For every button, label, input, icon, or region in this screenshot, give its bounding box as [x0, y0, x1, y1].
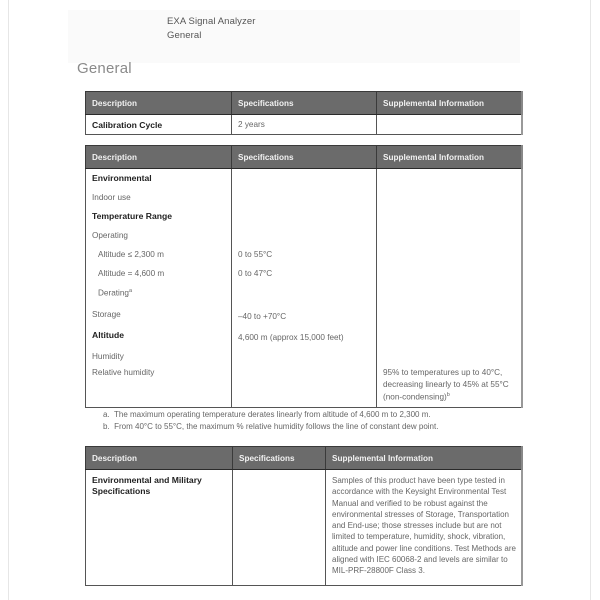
- row-description: Calibration Cycle: [86, 115, 232, 135]
- table-header-row: Description Specifications Supplemental …: [86, 92, 522, 115]
- row-altitude-2300: Altitude ≤ 2,300 m: [98, 250, 164, 259]
- spec-storage: –40 to +70°C: [238, 312, 286, 321]
- row-environmental: Environmental: [92, 173, 152, 183]
- column-header-description: Description: [86, 447, 233, 470]
- row-altitude-4600: Altitude = 4,600 m: [98, 269, 164, 278]
- column-header-specifications: Specifications: [232, 146, 377, 169]
- supp-relative-humidity-line1: 95% to temperatures up to 40°C,: [383, 368, 502, 377]
- table-body-row: Environmental Indoor use Temperature Ran…: [86, 169, 522, 408]
- column-header-supplemental: Supplemental Information: [326, 447, 522, 470]
- supplemental-column: 95% to temperatures up to 40°C, decreasi…: [377, 169, 522, 408]
- footnote-b: b. From 40°C to 55°C, the maximum % rela…: [103, 421, 438, 433]
- column-header-specifications: Specifications: [232, 92, 377, 115]
- row-specifications: [233, 470, 326, 586]
- spec-altitude-2300: 0 to 55°C: [238, 250, 272, 259]
- row-supplemental: Samples of this product have been type t…: [326, 470, 522, 586]
- row-altitude: Altitude: [92, 330, 124, 340]
- row-storage: Storage: [92, 310, 121, 319]
- row-description: Environmental and Military Specification…: [86, 470, 233, 586]
- column-header-supplemental: Supplemental Information: [377, 92, 522, 115]
- footnotes: a. The maximum operating temperature der…: [103, 409, 438, 433]
- header-product-name: EXA Signal Analyzer: [167, 16, 256, 27]
- specifications-column: 0 to 55°C 0 to 47°C –40 to +70°C 4,600 m…: [232, 169, 377, 408]
- row-temperature-range: Temperature Range: [92, 211, 172, 221]
- running-header: EXA Signal Analyzer General: [68, 10, 520, 63]
- row-derating: Deratinga: [98, 288, 132, 298]
- table-row: Calibration Cycle 2 years: [86, 115, 522, 135]
- column-header-specifications: Specifications: [233, 447, 326, 470]
- footnote-mark-b: b: [447, 392, 450, 398]
- row-supplemental: [377, 115, 522, 135]
- section-title: General: [77, 60, 132, 77]
- supp-relative-humidity-line2: decreasing linearly to 45% at 55°C: [383, 380, 509, 389]
- row-relative-humidity: Relative humidity: [92, 368, 154, 377]
- military-specifications-table: Description Specifications Supplemental …: [85, 446, 523, 586]
- table-row: Environmental and Military Specification…: [86, 470, 522, 586]
- page-edge: [8, 0, 9, 600]
- environmental-table: Description Specifications Supplemental …: [85, 145, 523, 408]
- footnote-a: a. The maximum operating temperature der…: [103, 409, 438, 421]
- table-header-row: Description Specifications Supplemental …: [86, 447, 522, 470]
- column-header-description: Description: [86, 92, 232, 115]
- spec-altitude-4600: 0 to 47°C: [238, 269, 272, 278]
- description-column: Environmental Indoor use Temperature Ran…: [86, 169, 232, 408]
- footnote-mark-a: a: [129, 288, 132, 294]
- page-edge: [590, 0, 591, 600]
- row-specifications: 2 years: [232, 115, 377, 135]
- column-header-supplemental: Supplemental Information: [377, 146, 522, 169]
- spec-altitude: 4,600 m (approx 15,000 feet): [238, 333, 344, 342]
- row-indoor-use: Indoor use: [92, 193, 131, 202]
- table-header-row: Description Specifications Supplemental …: [86, 146, 522, 169]
- header-chapter-name: General: [167, 30, 202, 41]
- calibration-table: Description Specifications Supplemental …: [85, 91, 523, 135]
- column-header-description: Description: [86, 146, 232, 169]
- row-operating: Operating: [92, 231, 128, 240]
- supp-relative-humidity-line3: (non-condensing)b: [383, 392, 450, 402]
- row-humidity: Humidity: [92, 352, 124, 361]
